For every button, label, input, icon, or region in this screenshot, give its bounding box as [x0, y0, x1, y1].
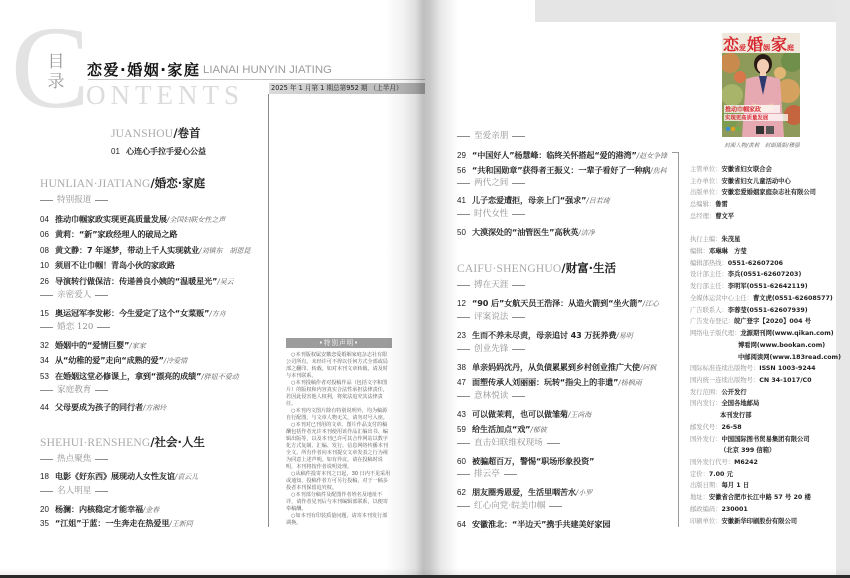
- section-heading-cn: 婚恋·家庭: [155, 176, 205, 190]
- info-row: 中邮阅读网(www.183read.com): [690, 352, 836, 364]
- magazine-title-pinyin: LIANAI HUNYIN JIATING: [203, 64, 332, 77]
- info-row: 出版单位：安徽恋爱婚姻家庭杂志社有限公司: [690, 187, 836, 199]
- column-label-text: 家庭教育: [57, 385, 91, 395]
- info-label: 国外发行：: [690, 436, 721, 443]
- toc-entry: 43可以做茉莉，也可以做雏菊/王尚海: [457, 407, 591, 417]
- mulu-vertical-title: 目 录: [45, 52, 67, 92]
- section-heading-en: CAIFU·SHENGHUO: [457, 263, 561, 275]
- info-row: 邮政编码：230001: [690, 504, 836, 516]
- article-author: /金春: [143, 506, 159, 514]
- info-value: 中国国际图书贸易集团有限公司: [721, 436, 809, 443]
- info-value: CN 34-1017/C0: [759, 377, 811, 384]
- info-value: 26-58: [721, 424, 741, 431]
- page-number: 35: [40, 519, 55, 529]
- article-title: 推动巾帼家政实现更高质量发展: [55, 214, 167, 224]
- page-number: 59: [457, 425, 472, 435]
- cover-headline-2: 实现更高质量发展: [725, 114, 769, 122]
- label-rule: [504, 474, 517, 475]
- article-author: /冷爱情: [164, 357, 187, 365]
- article-author: /郁彼: [530, 426, 546, 434]
- label-rule: [97, 327, 110, 328]
- article-title: “90 后”女航天员王浩泽：从造火箭到“坐火箭”: [472, 298, 643, 308]
- publication-info: 主管单位：安徽省妇女联合会 主办单位：安徽省妇女儿童活动中心 出版单位：安徽恋爱…: [690, 164, 836, 527]
- page-number: 08: [40, 246, 55, 256]
- column-label: 热点聚焦: [40, 454, 108, 464]
- column-label: 排云亭: [457, 469, 517, 479]
- article-title: 黄文静：7 年逐梦，带动上千人实现就业: [55, 245, 199, 255]
- cover-caption: 封面人物/黄莉 封面摄影/穆强: [716, 142, 808, 150]
- article-author: /小罗: [576, 489, 592, 497]
- mulu-char-top: 目: [45, 52, 67, 72]
- info-value: 李蓉莹(0551-62607939): [728, 307, 808, 314]
- info-label: 总经理：: [690, 213, 715, 220]
- info-value: 李兵(0551-62607203): [728, 271, 802, 278]
- page-number: 12: [457, 299, 472, 309]
- section-heading-cn: 卷首: [178, 126, 201, 140]
- article-author: /全国妇联女性之声: [167, 216, 225, 224]
- toc-entry: 60被骗超百万，警惕“职场形象投资”: [457, 454, 594, 464]
- statement-paragraph: ○本刊内文图片除有特别说明外，均为稿源自行配图，与文章人物无关，请勿对号入座。: [286, 408, 392, 422]
- column-label-text: 特别报道: [57, 195, 91, 205]
- toc-entry: 32婚姻中的“爱情巨婴”/家家: [40, 338, 146, 348]
- info-box-rule: [678, 152, 679, 527]
- info-row: 编辑部热线：0551-62607206: [690, 258, 836, 270]
- label-rule: [95, 200, 108, 201]
- column-label: 家庭教育: [40, 385, 108, 395]
- toc-entry: 41儿子恋爱遭拒，母亲上门“强求”/吕若琦: [457, 193, 610, 203]
- column-label-text: 热点聚焦: [57, 454, 91, 464]
- column-label: 亲密爱人: [40, 290, 108, 300]
- article-author: /阿枫: [640, 364, 656, 372]
- info-row: 出版日期：每月 1 日: [690, 480, 836, 492]
- scan-top-band: [535, 0, 850, 22]
- toc-entry: 26导演转行做保洁：传递善良小姨的“温暖星光”/吴云: [40, 274, 234, 284]
- info-label: 编辑部热线：: [690, 260, 728, 267]
- page-number: 18: [40, 472, 55, 482]
- info-row: 主管单位：安徽省妇女联合会: [690, 164, 836, 176]
- scan-right-edge: [836, 0, 850, 575]
- column-label: 至爱亲朋: [457, 131, 525, 141]
- article-title: 电影《好东西》展现动人女性友谊: [55, 471, 175, 481]
- info-value: 邓琳琳 方莹: [709, 248, 747, 255]
- info-value: 中邮阅读网(www.183read.com): [738, 354, 841, 361]
- info-row: 广告发布登记：皖广登字【2020】004 号: [690, 316, 836, 328]
- section-heading-hunlian: HUNLIAN·JIATIANG/婚恋·家庭: [40, 175, 205, 189]
- label-rule: [95, 390, 108, 391]
- page-number: 41: [457, 196, 472, 206]
- article-title: 可以做茉莉，也可以做雏菊: [472, 409, 568, 419]
- info-row: 设计部主任：李兵(0551-62607203): [690, 269, 836, 281]
- info-row: 执行主编：朱茂星: [690, 234, 836, 246]
- column-label-text: 婚恋 120: [57, 322, 93, 332]
- column-label-text: 名人明星: [57, 486, 91, 496]
- article-author: /吴云: [217, 278, 233, 286]
- article-title: 面塑传承人刘丽丽：玩转“指尖上的非遗”: [472, 377, 618, 387]
- column-label: 名人明星: [40, 486, 108, 496]
- toc-entry: 44父母要成为孩子的同行者/方湘玲: [40, 400, 166, 410]
- column-divider: [268, 94, 269, 527]
- info-value: 安徽省妇女联合会: [721, 166, 771, 173]
- label-rule: [457, 136, 470, 137]
- column-label: 特别报道: [40, 195, 108, 205]
- info-row: 主办单位：安徽省妇女儿童活动中心: [690, 176, 836, 188]
- info-label: 主管单位：: [690, 166, 721, 173]
- info-label: 印刷单位：: [690, 518, 721, 525]
- article-author: /王新同: [169, 520, 192, 528]
- column-label: 两代之间: [457, 178, 525, 188]
- section-heading-juanshou: JUANSHOU/卷首: [111, 125, 201, 139]
- info-row: 地址：安徽省合肥市长江中路 57 号 20 楼: [690, 492, 836, 504]
- info-row: 国内发行：全国各地邮局: [690, 398, 836, 410]
- info-label: 地址：: [690, 494, 709, 501]
- page-number: 26: [40, 277, 55, 287]
- label-rule: [95, 491, 108, 492]
- article-title: “江姐”于蓝：一生奔走在热爱里: [55, 518, 169, 528]
- article-title: 父母要成为孩子的同行者: [55, 402, 143, 412]
- page-number: 44: [40, 403, 55, 413]
- toc-entry: 06黄莉：“新”家政经理人的破局之路: [40, 227, 177, 237]
- info-value: 230001: [721, 506, 747, 513]
- label-rule: [512, 183, 525, 184]
- page-number: 04: [40, 215, 55, 225]
- statement-paragraph: ○从稿件投寄本刊之日起，30 日内不见采用或通知，投稿作者方可另行投稿，对于一稿…: [286, 471, 392, 492]
- info-value: 公开发行: [721, 389, 746, 396]
- article-author: /胖妞不爱动: [201, 373, 238, 381]
- label-rule: [457, 214, 470, 215]
- label-rule: [512, 317, 525, 318]
- article-author: /方湘玲: [143, 404, 166, 412]
- article-title: 杨澜：内核稳定才能幸福: [55, 504, 143, 514]
- info-label: 国内统一连续出版物号：: [690, 377, 759, 384]
- article-title: 奥运冠军李发彬：今生爱定了这个“女菜贩”: [55, 308, 209, 318]
- info-label: 全媒体运营中心主任：: [690, 295, 753, 302]
- toc-entry: 12“90 后”女航天员王浩泽：从造火箭到“坐火箭”/江心: [457, 296, 659, 306]
- label-rule: [40, 327, 53, 328]
- section-heading-en: SHEHUI·RENSHENG: [40, 437, 150, 449]
- article-title: 从“幼稚的爱”走向“成熟的爱”: [55, 355, 164, 365]
- cover-masthead-char: 婚: [746, 35, 763, 54]
- mulu-char-bottom: 录: [45, 72, 67, 92]
- page-number: 64: [457, 520, 472, 530]
- section-heading-caifu: CAIFU·SHENGHUO/财富·生活: [457, 260, 616, 274]
- scan-bottom-shade: [0, 568, 850, 575]
- info-value: 安徽新华印刷股份有限公司: [721, 518, 797, 525]
- section-heading-shehui: SHEHUI·RENSHENG/社会·人生: [40, 434, 205, 448]
- page-number: 06: [40, 230, 55, 240]
- article-author: /王尚海: [568, 411, 591, 419]
- info-label: 总编辑：: [690, 201, 715, 208]
- info-label: 出版单位：: [690, 189, 721, 196]
- toc-entry: 64安徽淮北：“半边天”携手共建美好家园: [457, 517, 610, 527]
- page-number: 56: [457, 166, 472, 176]
- section-heading-en: JUANSHOU: [111, 128, 173, 140]
- column-label: 时代女性: [457, 209, 525, 219]
- info-value: 皖广登字【2020】004 号: [734, 318, 811, 325]
- info-row: 编辑：邓琳琳 方莹: [690, 246, 836, 258]
- cover-illustration: 恋 爱 婚 姻 家 庭 推动巾帼家政 实现更高质量发展: [722, 33, 800, 137]
- info-value: 朱茂星: [721, 236, 740, 243]
- column-label-text: 排云亭: [474, 469, 500, 479]
- info-label: 发行范围：: [690, 389, 721, 396]
- toc-entry: 20杨澜：内核稳定才能幸福/金春: [40, 502, 159, 512]
- info-value: 7.00 元: [709, 471, 733, 478]
- article-title: 心连心手拉手爱心公益: [126, 146, 206, 156]
- info-value: 李明军(0551-62642119): [728, 283, 808, 290]
- label-rule: [457, 474, 470, 475]
- section-heading-cn: 财富·生活: [566, 261, 616, 275]
- label-rule: [512, 214, 525, 215]
- info-label: 国外发行代号：: [690, 459, 734, 466]
- info-label: 广告联系人：: [690, 307, 728, 314]
- article-author: /家家: [129, 342, 145, 350]
- info-label: 设计部主任：: [690, 271, 728, 278]
- label-rule: [40, 491, 53, 492]
- column-label: 意林悦读: [457, 391, 525, 401]
- info-value: M6242: [734, 459, 758, 466]
- label-rule: [40, 200, 53, 201]
- cover-masthead-char: 恋: [723, 35, 740, 54]
- info-row: 本刊发行部: [690, 410, 836, 422]
- column-label: 婚恋 120: [40, 322, 110, 332]
- article-author: /江心: [643, 300, 659, 308]
- toc-entry: 38单亲妈妈沈丹，从负债累累到乡村创业推广大使/阿枫: [457, 360, 656, 370]
- article-author: /赵女争锋: [637, 152, 667, 160]
- column-label: 搏在天涯: [457, 280, 525, 290]
- info-value: 龙源期刊网(www.qikan.com): [740, 330, 833, 337]
- page-number: 15: [40, 309, 55, 319]
- article-author: /洁净: [578, 229, 594, 237]
- toc-entry: 18电影《好东西》展现动人女性友谊/袁云儿: [40, 469, 198, 479]
- info-label: 主办单位：: [690, 178, 721, 185]
- article-title: “中国好人”杨慧峰：临终关怀搭起“爱的港湾”: [472, 150, 637, 160]
- article-title: 儿子恋爱遭拒，母亲上门“强求”: [472, 195, 586, 205]
- info-label: 编辑：: [690, 248, 709, 255]
- info-value: （北京 399 信箱）: [720, 447, 775, 454]
- statement-paragraph: ○本刊投稿作者对投稿作品（包括文字和图片）的版权和内容真实合法性承担法律责任，若…: [286, 380, 392, 408]
- label-rule: [95, 295, 108, 296]
- article-title: 大漠深处的“油管医生”高秋英: [472, 227, 578, 237]
- page-number: 53: [40, 372, 55, 382]
- info-row: 总编辑：鲁雷: [690, 199, 836, 211]
- article-title: 在婚姻这堂必修课上，拿到“漂亮的成绩”: [55, 371, 201, 381]
- label-rule: [457, 443, 470, 444]
- label-rule: [457, 285, 470, 286]
- article-title: 婚姻中的“爱情巨婴”: [55, 340, 129, 350]
- special-statement-title: •特别声明•: [286, 338, 392, 348]
- info-value: 全国各地邮局: [721, 400, 759, 407]
- info-row: 发行范围：公开发行: [690, 387, 836, 399]
- info-value: 安徽恋爱婚姻家庭杂志社有限公司: [721, 189, 815, 196]
- page-number: 38: [457, 363, 472, 373]
- toc-entry: 34从“幼稚的爱”走向“成熟的爱”/冷爱情: [40, 353, 187, 363]
- column-label-text: 至爱亲朋: [474, 131, 508, 141]
- label-rule: [512, 285, 525, 286]
- column-label: 创业先锋: [457, 344, 525, 354]
- page-number: 01: [111, 147, 126, 157]
- issue-line: 2025 年 1 月第 1 期总第952 期 （上半月）: [269, 83, 425, 94]
- column-label: 直击妇联维权现场: [457, 438, 560, 448]
- toc-entry: 15奥运冠军李发彬：今生爱定了这个“女菜贩”/方舟: [40, 306, 226, 316]
- article-title: 导演转行做保洁：传递善良小姨的“温暖星光”: [55, 276, 217, 286]
- article-author: /吕若琦: [586, 197, 609, 205]
- info-label: 国际标准连续出版物号：: [690, 365, 759, 372]
- column-label: 红心向党·皖美巾帼: [457, 501, 562, 511]
- info-row: 国外发行代号：M6242: [690, 457, 836, 469]
- toc-entry: 04推动巾帼家政实现更高质量发展/全国妇联女性之声: [40, 212, 225, 222]
- page-number: 32: [40, 341, 55, 351]
- info-row: 总经理：曹文平: [690, 211, 836, 223]
- statement-paragraph: ○本刊版权属安徽恋爱婚姻家庭杂志社有限公司所有。未经许可不得以任何方式全部或局部…: [286, 352, 392, 380]
- column-label: 评案说法: [457, 312, 525, 322]
- column-label-text: 意林悦读: [474, 391, 508, 401]
- statement-paragraph: ○如本刊有印装质量问题，请寄本刊发行部调换。: [286, 513, 392, 527]
- article-author: /杨枫雨: [618, 379, 641, 387]
- info-row: 网络电子版代理：龙源期刊网(www.qikan.com): [690, 328, 836, 340]
- article-title: 安徽淮北：“半边天”携手共建美好家园: [472, 519, 610, 529]
- toc-entry: 23生而不养未尽责，母亲追讨 43 万抚养费/易明: [457, 328, 633, 338]
- toc-entry: 53在婚姻这堂必修课上，拿到“漂亮的成绩”/胖妞不爱动: [40, 369, 239, 379]
- info-value: 每月 1 日: [721, 482, 749, 489]
- info-label: 网络电子版代理：: [690, 330, 740, 337]
- info-row: 邮发代号：26-58: [690, 422, 836, 434]
- article-author: /袁云儿: [175, 473, 198, 481]
- toc-entry: 01心连心手拉手爱心公益: [111, 144, 206, 154]
- contents-word: ONTENTS: [86, 82, 244, 109]
- article-title: 被骗超百万，警惕“职场形象投资”: [472, 456, 594, 466]
- toc-entry: 29“中国好人”杨慧峰：临终关怀搭起“爱的港湾”/赵女争锋: [457, 148, 667, 158]
- info-value: 曹文平: [715, 213, 734, 220]
- info-label: 执行主编：: [690, 236, 721, 243]
- info-spacer: [690, 223, 836, 235]
- magazine-title: 恋爱·婚姻·家庭: [87, 62, 200, 78]
- label-rule: [512, 349, 525, 350]
- label-rule: [457, 183, 470, 184]
- label-rule: [95, 459, 108, 460]
- info-row: （北京 399 信箱）: [690, 445, 836, 457]
- page-number: 34: [40, 356, 55, 366]
- info-label: 广告发布登记：: [690, 318, 734, 325]
- info-row: 博看网(www.bookan.com): [690, 340, 836, 352]
- label-rule: [40, 459, 53, 460]
- cover-masthead-char: 家: [771, 35, 787, 54]
- toc-entry: 56“共和国勋章”获得者王振义：一辈子看好了一种病/焦科: [457, 163, 667, 173]
- label-rule: [512, 396, 525, 397]
- label-rule: [549, 506, 562, 507]
- special-statement-body: ○本刊版权属安徽恋爱婚姻家庭杂志社有限公司所有。未经许可不得以任何方式全部或局部…: [286, 352, 392, 527]
- label-rule: [512, 136, 525, 137]
- article-author: /刘镇东 胡恩昆: [199, 247, 250, 255]
- column-label-text: 直击妇联维权现场: [474, 438, 543, 448]
- page-number: 50: [457, 228, 472, 238]
- issue-bar: 2025 年 1 月第 1 期总第952 期 （上半月）: [269, 83, 425, 94]
- info-row: 全媒体运营中心主任：曹文虎(0551-62608577): [690, 293, 836, 305]
- info-value: 鲁雷: [715, 201, 728, 208]
- toc-entry: 10须眉不让巾帼！青岛小伙的家政路: [40, 258, 175, 268]
- article-title: “共和国勋章”获得者王振义：一辈子看好了一种病: [472, 165, 650, 175]
- statement-paragraph: ○本刊对已刊用的文章、图片作品支付的稿酬包括作者允许本刊使用该作品汇编出书、编辑…: [286, 422, 392, 471]
- column-label-text: 两代之间: [474, 178, 508, 188]
- label-rule: [457, 396, 470, 397]
- info-value: 安徽省合肥市长江中路 57 号 20 楼: [709, 494, 811, 501]
- page-number: 10: [40, 261, 55, 271]
- info-label: 出版日期：: [690, 482, 721, 489]
- cover-masthead-char: 庭: [786, 43, 794, 52]
- info-value: 博看网(www.bookan.com): [738, 342, 825, 349]
- column-label-text: 亲密爱人: [57, 290, 91, 300]
- section-heading-en: HUNLIAN·JIATIANG: [40, 178, 151, 190]
- info-label: 定价：: [690, 471, 709, 478]
- info-row: 印刷单位：安徽新华印刷股份有限公司: [690, 516, 836, 528]
- label-rule: [547, 443, 560, 444]
- info-value: 曹文虎(0551-62608577): [753, 295, 833, 302]
- article-author: /易明: [616, 332, 632, 340]
- article-author: /方舟: [209, 310, 225, 318]
- label-rule: [457, 506, 470, 507]
- info-label: 邮政编码：: [690, 506, 721, 513]
- page-number: 29: [457, 151, 472, 161]
- label-rule: [40, 295, 53, 296]
- toc-entry: 47面塑传承人刘丽丽：玩转“指尖上的非遗”/杨枫雨: [457, 375, 642, 385]
- article-title: 给生活加点“戏”: [472, 424, 530, 434]
- toc-entry: 62朋友圈秀恩爱，生活里咽苦水/小罗: [457, 485, 592, 495]
- toc-entry: 35“江姐”于蓝：一生奔走在热爱里/王新同: [40, 516, 193, 526]
- label-rule: [457, 349, 470, 350]
- info-row: 发行部主任：李明军(0551-62642119): [690, 281, 836, 293]
- cover-masthead-char: 爱: [738, 43, 746, 52]
- column-label-text: 创业先锋: [474, 344, 508, 354]
- column-label-text: 时代女性: [474, 209, 508, 219]
- info-row: 广告联系人：李蓉莹(0551-62607939): [690, 305, 836, 317]
- toc-entry: 50大漠深处的“油管医生”高秋英/洁净: [457, 225, 595, 235]
- info-value: 0551-62607206: [728, 260, 783, 267]
- info-value: ISSN 1003-9244: [759, 365, 815, 372]
- article-title: 单亲妈妈沈丹，从负债累累到乡村创业推广大使: [472, 362, 640, 372]
- article-title: 生而不养未尽责，母亲追讨 43 万抚养费: [472, 330, 616, 340]
- article-title: 朋友圈秀恩爱，生活里咽苦水: [472, 487, 576, 497]
- label-rule: [40, 390, 53, 391]
- page-number: 47: [457, 378, 472, 388]
- info-row: 国际标准连续出版物号：ISSN 1003-9244: [690, 363, 836, 375]
- info-label: 国内发行：: [690, 400, 721, 407]
- info-value: 安徽省妇女儿童活动中心: [721, 178, 790, 185]
- toc-entry: 08黄文静：7 年逐梦，带动上千人实现就业/刘镇东 胡恩昆: [40, 243, 251, 253]
- section-heading-cn: 社会·人生: [155, 435, 205, 449]
- info-row: 国内统一连续出版物号：CN 34-1017/C0: [690, 375, 836, 387]
- cover-headline-1: 推动巾帼家政: [725, 106, 761, 114]
- statement-paragraph: ○本刊部分稿件及配图作者姓名及地址不详，请作者见刊后与本刊编辑部联系，以便寄奉稿…: [286, 492, 392, 513]
- label-rule: [457, 317, 470, 318]
- toc-entry: 59给生活加点“戏”/郁彼: [457, 422, 547, 432]
- info-row: 定价：7.00 元: [690, 469, 836, 481]
- cover-image: 恋 爱 婚 姻 家 庭 推动巾帼家政 实现更高质量发展: [722, 33, 800, 137]
- page-number: 20: [40, 505, 55, 515]
- page-number: 43: [457, 410, 472, 420]
- article-title: 黄莉：“新”家政经理人的破局之路: [55, 229, 177, 239]
- info-row: 国外发行：中国国际图书贸易集团有限公司: [690, 434, 836, 446]
- page-number: 62: [457, 488, 472, 498]
- page-number: 23: [457, 331, 472, 341]
- info-label: 邮发代号：: [690, 424, 721, 431]
- article-title: 须眉不让巾帼！青岛小伙的家政路: [55, 260, 175, 270]
- cover-masthead-char: 姻: [762, 43, 770, 52]
- info-label: 发行部主任：: [690, 283, 728, 290]
- column-label-text: 搏在天涯: [474, 280, 508, 290]
- info-value: 本刊发行部: [720, 412, 751, 419]
- column-label-text: 红心向党·皖美巾帼: [474, 501, 545, 511]
- page-number: 60: [457, 457, 472, 467]
- column-label-text: 评案说法: [474, 312, 508, 322]
- article-author: /焦科: [650, 167, 666, 175]
